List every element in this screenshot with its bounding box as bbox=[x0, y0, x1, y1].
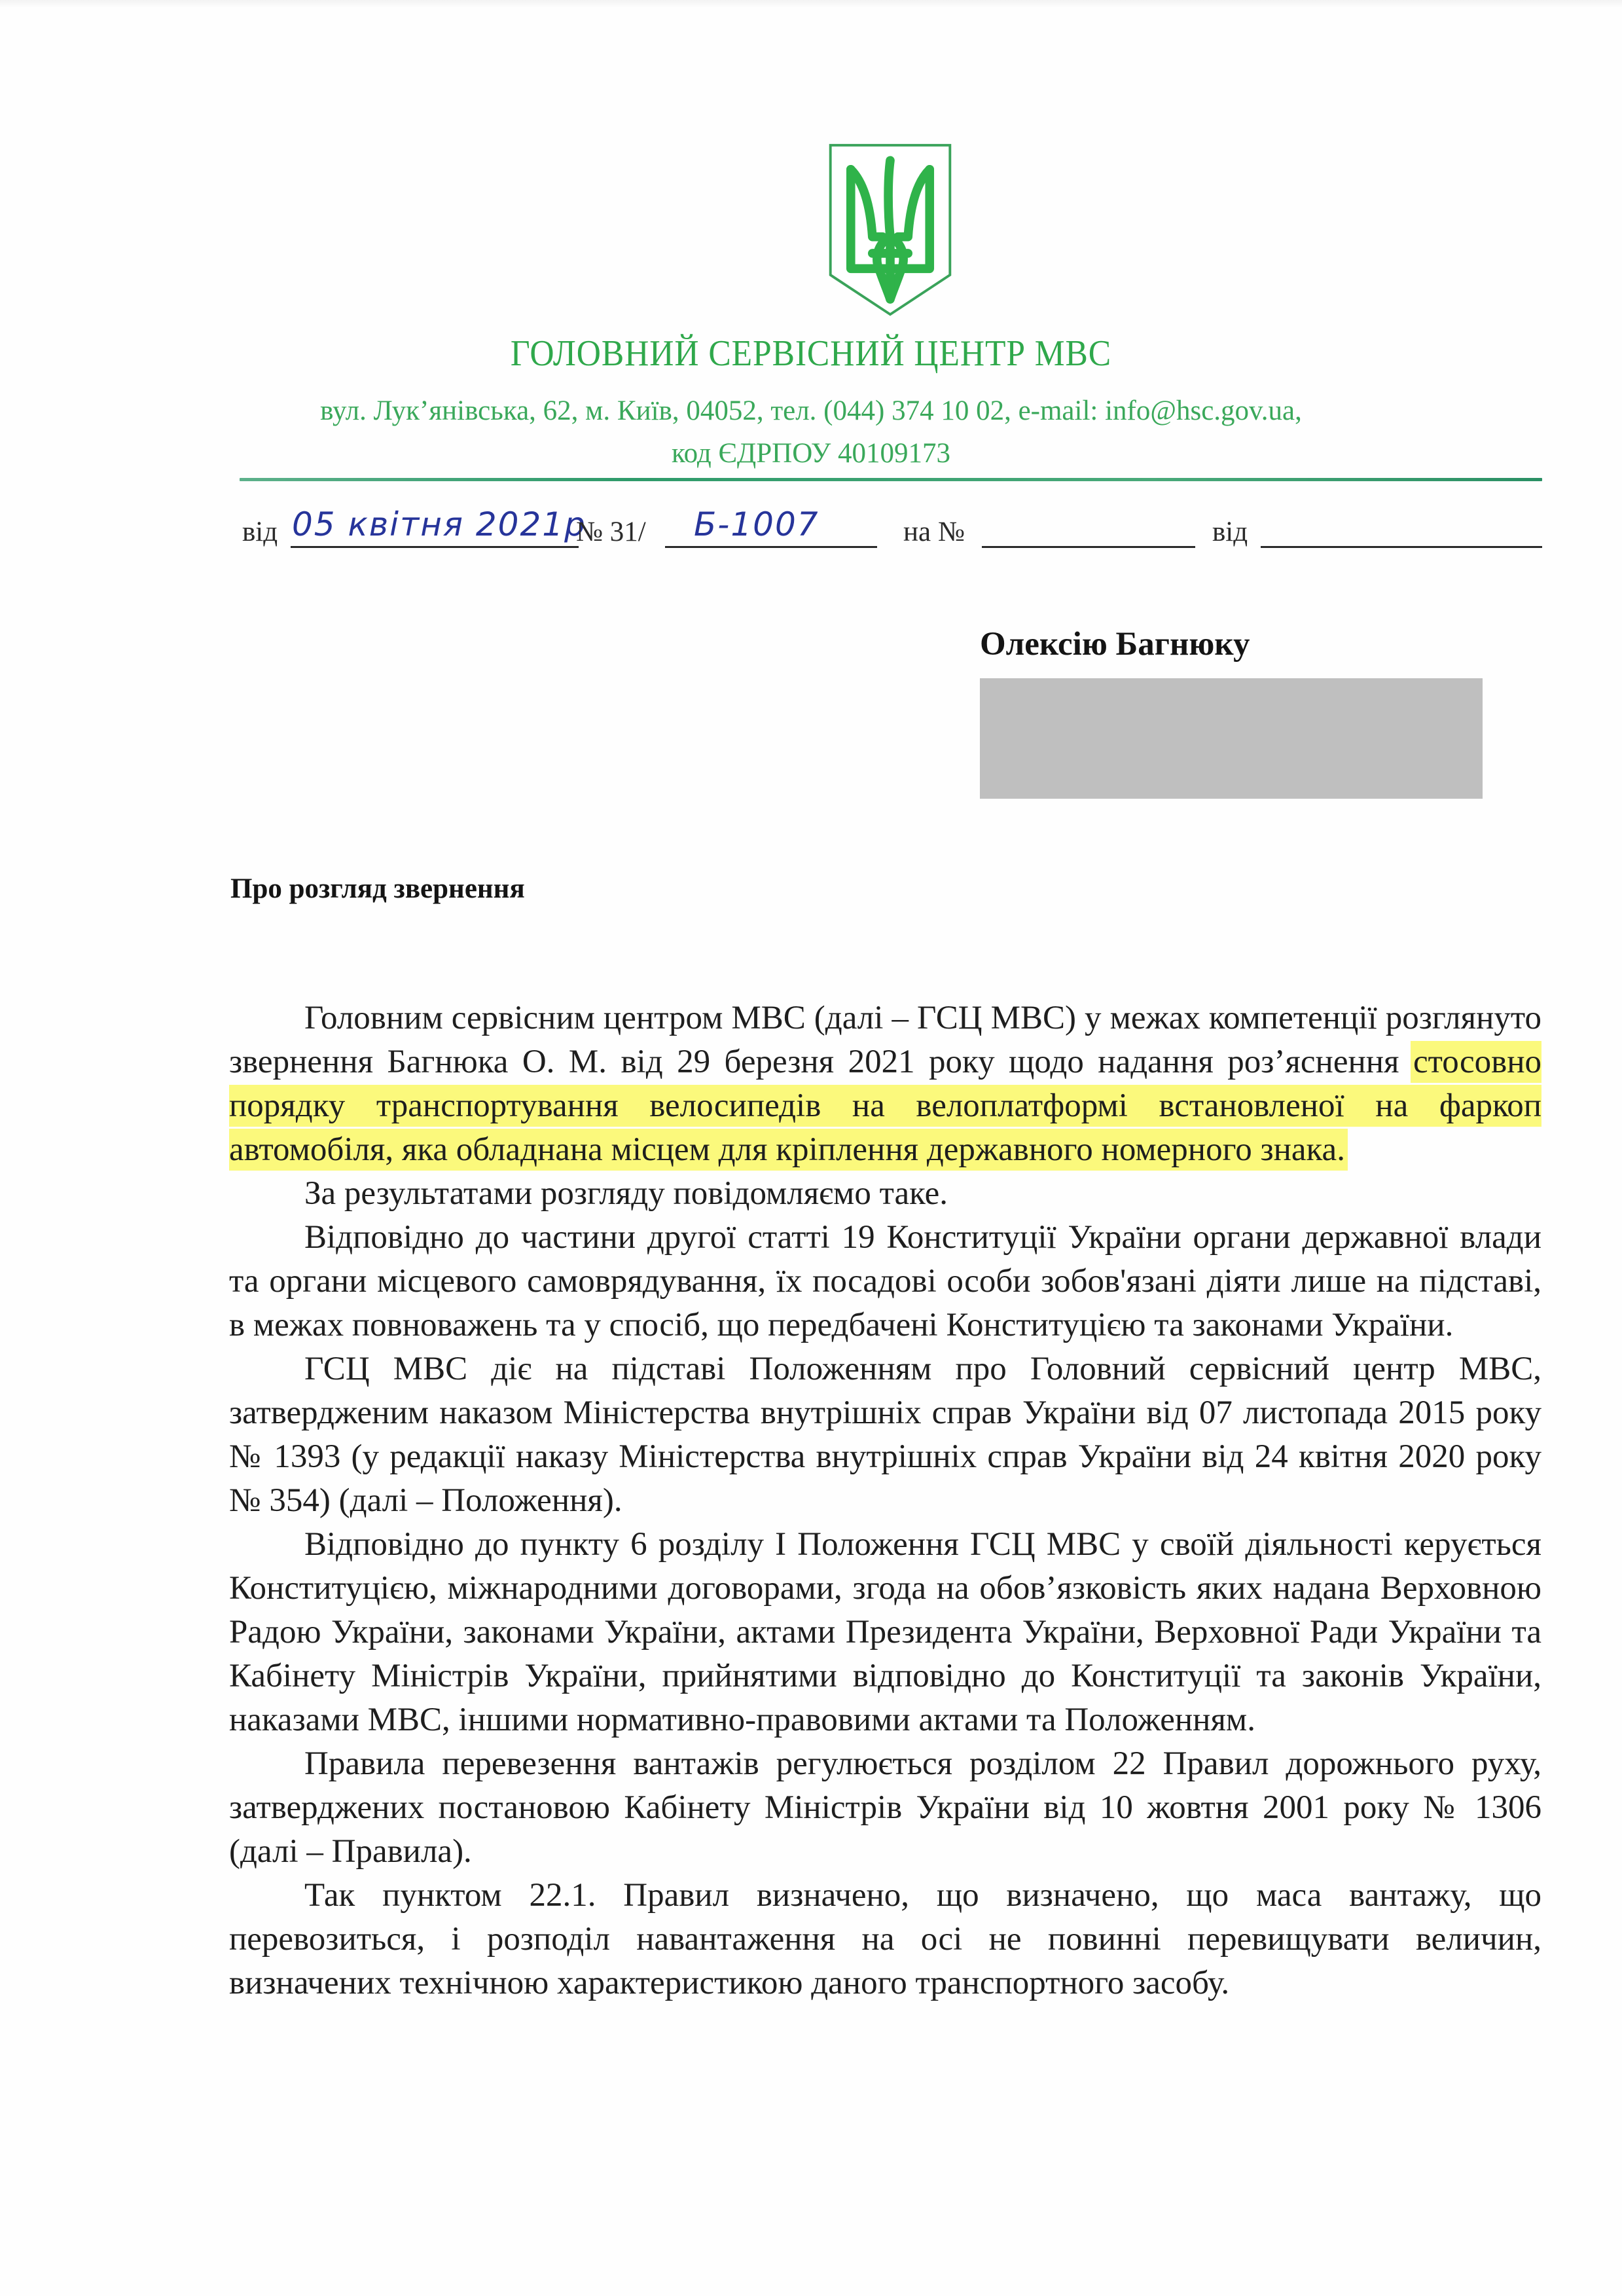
registration-line: від 05 квітня 2021р № 31/ Б-1007 на № ві… bbox=[0, 505, 1622, 571]
date-label: від bbox=[242, 516, 278, 548]
letterhead-divider bbox=[240, 478, 1542, 481]
reply-from-label: від bbox=[1212, 516, 1248, 548]
reply-to-label: на № bbox=[903, 516, 965, 548]
reply-to-underline bbox=[982, 546, 1195, 548]
number-label: № 31/ bbox=[576, 516, 646, 548]
reply-from-underline bbox=[1261, 546, 1542, 548]
redacted-address-block bbox=[980, 678, 1483, 799]
body-paragraph: ГСЦ МВС діє на підставі Положенням про Г… bbox=[229, 1347, 1541, 1523]
letter-subject: Про розгляд звернення bbox=[230, 873, 525, 905]
body-paragraph-1-text: Головним сервісним центром МВС (далі – Г… bbox=[229, 1000, 1541, 1080]
date-underline bbox=[291, 546, 579, 548]
body-paragraph: Відповідно до пункту 6 розділу І Положен… bbox=[229, 1523, 1541, 1742]
organization-address: вул. Лук’янівська, 62, м. Київ, 04052, т… bbox=[0, 397, 1622, 425]
body-paragraph: Так пунктом 22.1. Правил визначено, що в… bbox=[229, 1874, 1541, 2005]
letter-body: Головним сервісним центром МВС (далі – Г… bbox=[229, 996, 1541, 2005]
date-handwritten: 05 квітня 2021р bbox=[292, 505, 586, 543]
body-paragraph: За результатами розгляду повідомляємо та… bbox=[229, 1172, 1541, 1216]
ukraine-trident-emblem-icon bbox=[826, 141, 954, 319]
scan-edge bbox=[0, 0, 1622, 8]
body-paragraph: Правила перевезення вантажів регулюється… bbox=[229, 1742, 1541, 1874]
addressee-name: Олексію Багнюку bbox=[980, 625, 1250, 663]
body-paragraph: Відповідно до частини другої статті 19 К… bbox=[229, 1216, 1541, 1347]
organization-name: ГОЛОВНИЙ СЕРВІСНИЙ ЦЕНТР МВС bbox=[65, 333, 1557, 374]
number-handwritten: Б-1007 bbox=[694, 505, 820, 543]
number-underline bbox=[665, 546, 877, 548]
body-paragraph-1: Головним сервісним центром МВС (далі – Г… bbox=[229, 996, 1541, 1172]
organization-code: код ЄДРПОУ 40109173 bbox=[0, 437, 1622, 469]
